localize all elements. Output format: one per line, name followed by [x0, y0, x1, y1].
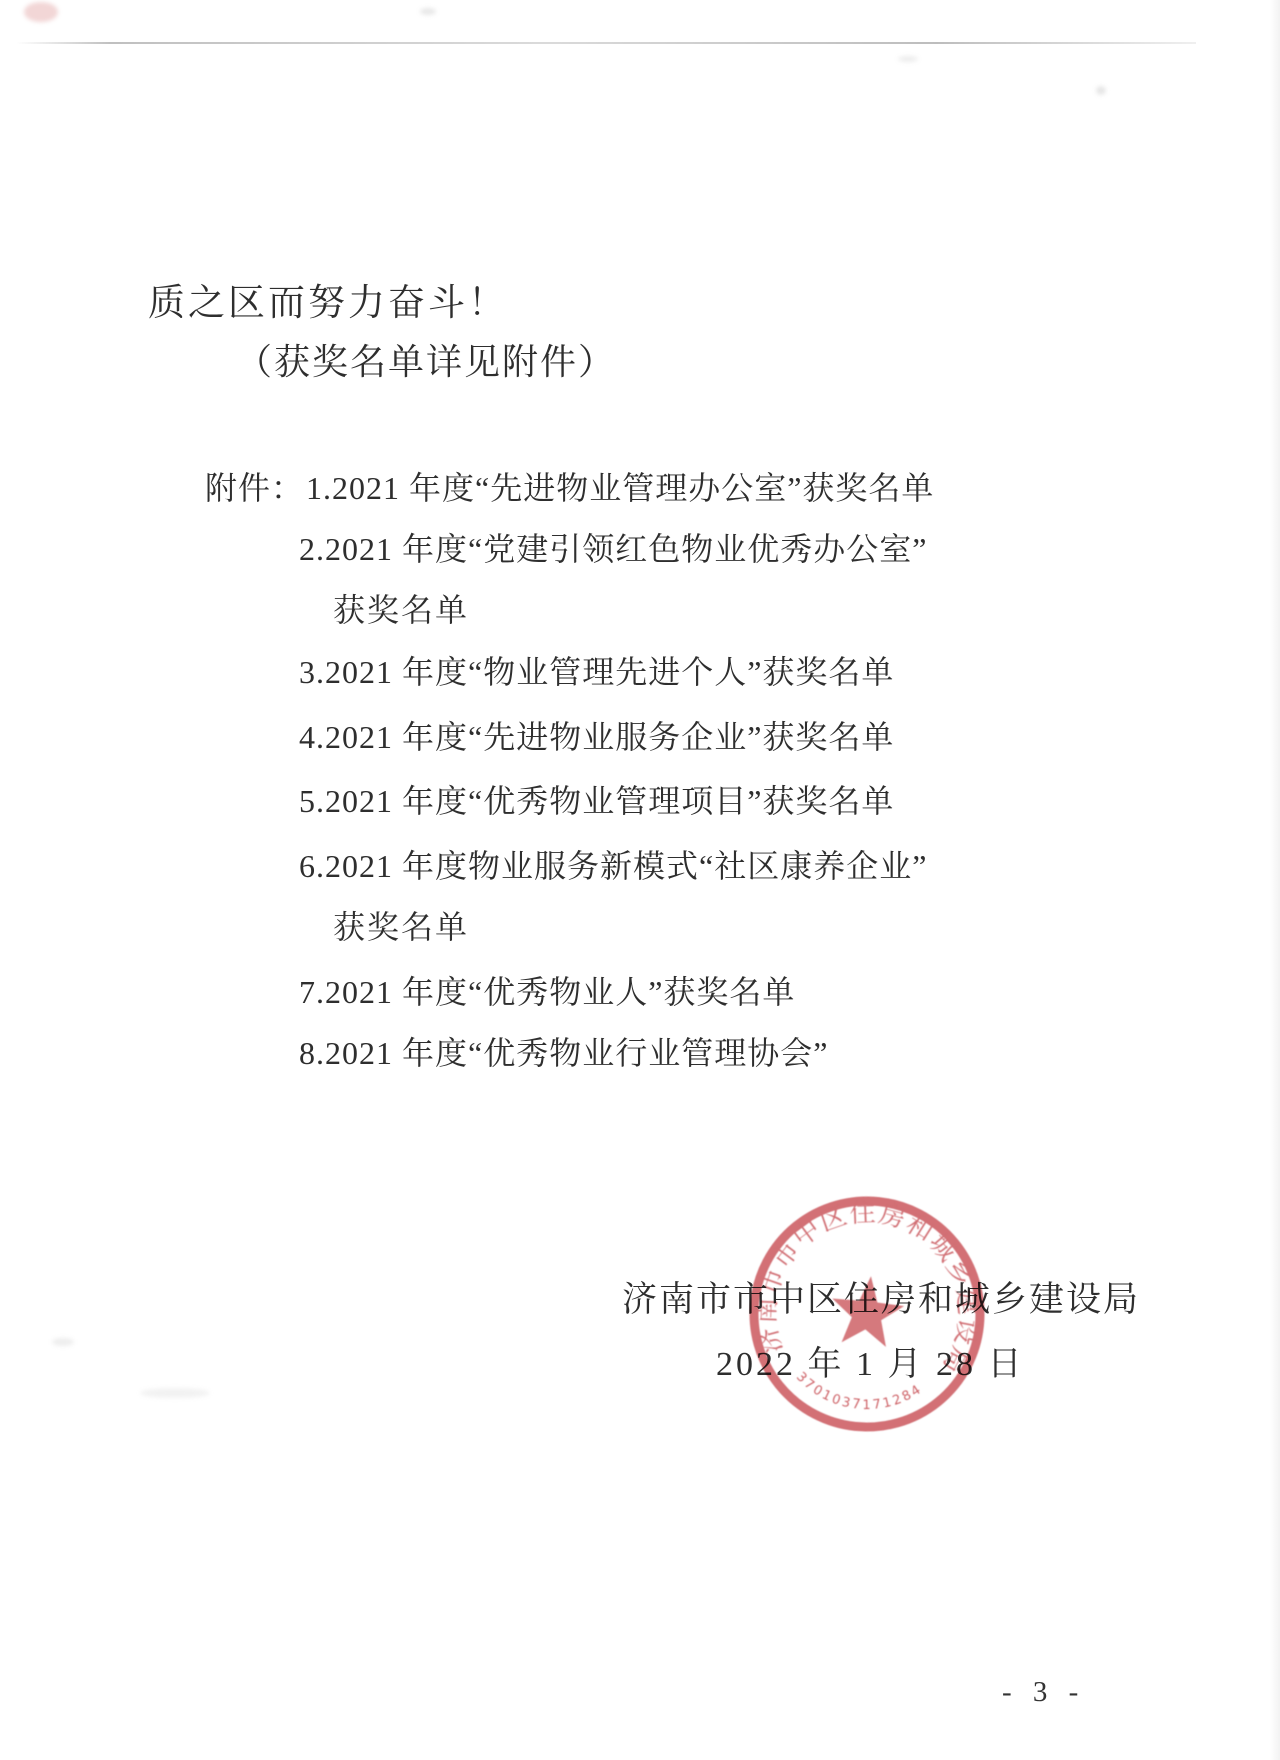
attachment-line-8: 8.2021 年度“优秀物业行业管理协会” — [299, 1028, 828, 1074]
scan-artifact-edge-shadow — [1270, 0, 1280, 1760]
official-seal: 济南市市中区住房和城乡建设局 3701037171284 — [733, 1180, 1001, 1448]
attachment-line-3: 3.2021 年度“物业管理先进个人”获奖名单 — [299, 647, 894, 693]
scan-artifact-smudge — [898, 56, 918, 62]
attachment-line-1: 附件：1.2021 年度“先进物业管理办公室”获奖名单 — [205, 463, 934, 509]
attachment-line-5: 5.2021 年度“优秀物业管理项目”获奖名单 — [299, 776, 894, 822]
attachment-item-text: 1.2021 年度“先进物业管理办公室”获奖名单 — [306, 470, 934, 506]
attachment-line-6: 6.2021 年度物业服务新模式“社区康养企业” — [299, 841, 927, 887]
scan-artifact-line — [16, 42, 1196, 44]
scan-artifact-smudge — [420, 8, 436, 15]
page-number: - 3 - — [1002, 1676, 1085, 1709]
scan-artifact-red-smudge — [24, 2, 58, 22]
intro-line: 质之区而努力奋斗！ — [148, 272, 508, 326]
scanned-document-page: 质之区而努力奋斗！ （获奖名单详见附件） 附件：1.2021 年度“先进物业管理… — [0, 0, 1280, 1760]
attachment-label: 附件： — [205, 470, 304, 506]
attachment-line-2: 2.2021 年度“党建引领红色物业优秀办公室” — [299, 524, 927, 570]
attachment-line-4: 4.2021 年度“先进物业服务企业”获奖名单 — [299, 712, 894, 758]
attachment-line-2-continuation: 获奖名单 — [333, 585, 469, 631]
scan-artifact-smudge — [52, 1338, 74, 1346]
scan-artifact-smudge — [1096, 86, 1106, 95]
scan-artifact-smudge — [140, 1388, 210, 1398]
note-line: （获奖名单详见附件） — [236, 334, 616, 385]
attachment-line-6-continuation: 获奖名单 — [333, 902, 469, 948]
attachment-line-7: 7.2021 年度“优秀物业人”获奖名单 — [299, 967, 795, 1013]
star-icon — [828, 1272, 907, 1348]
